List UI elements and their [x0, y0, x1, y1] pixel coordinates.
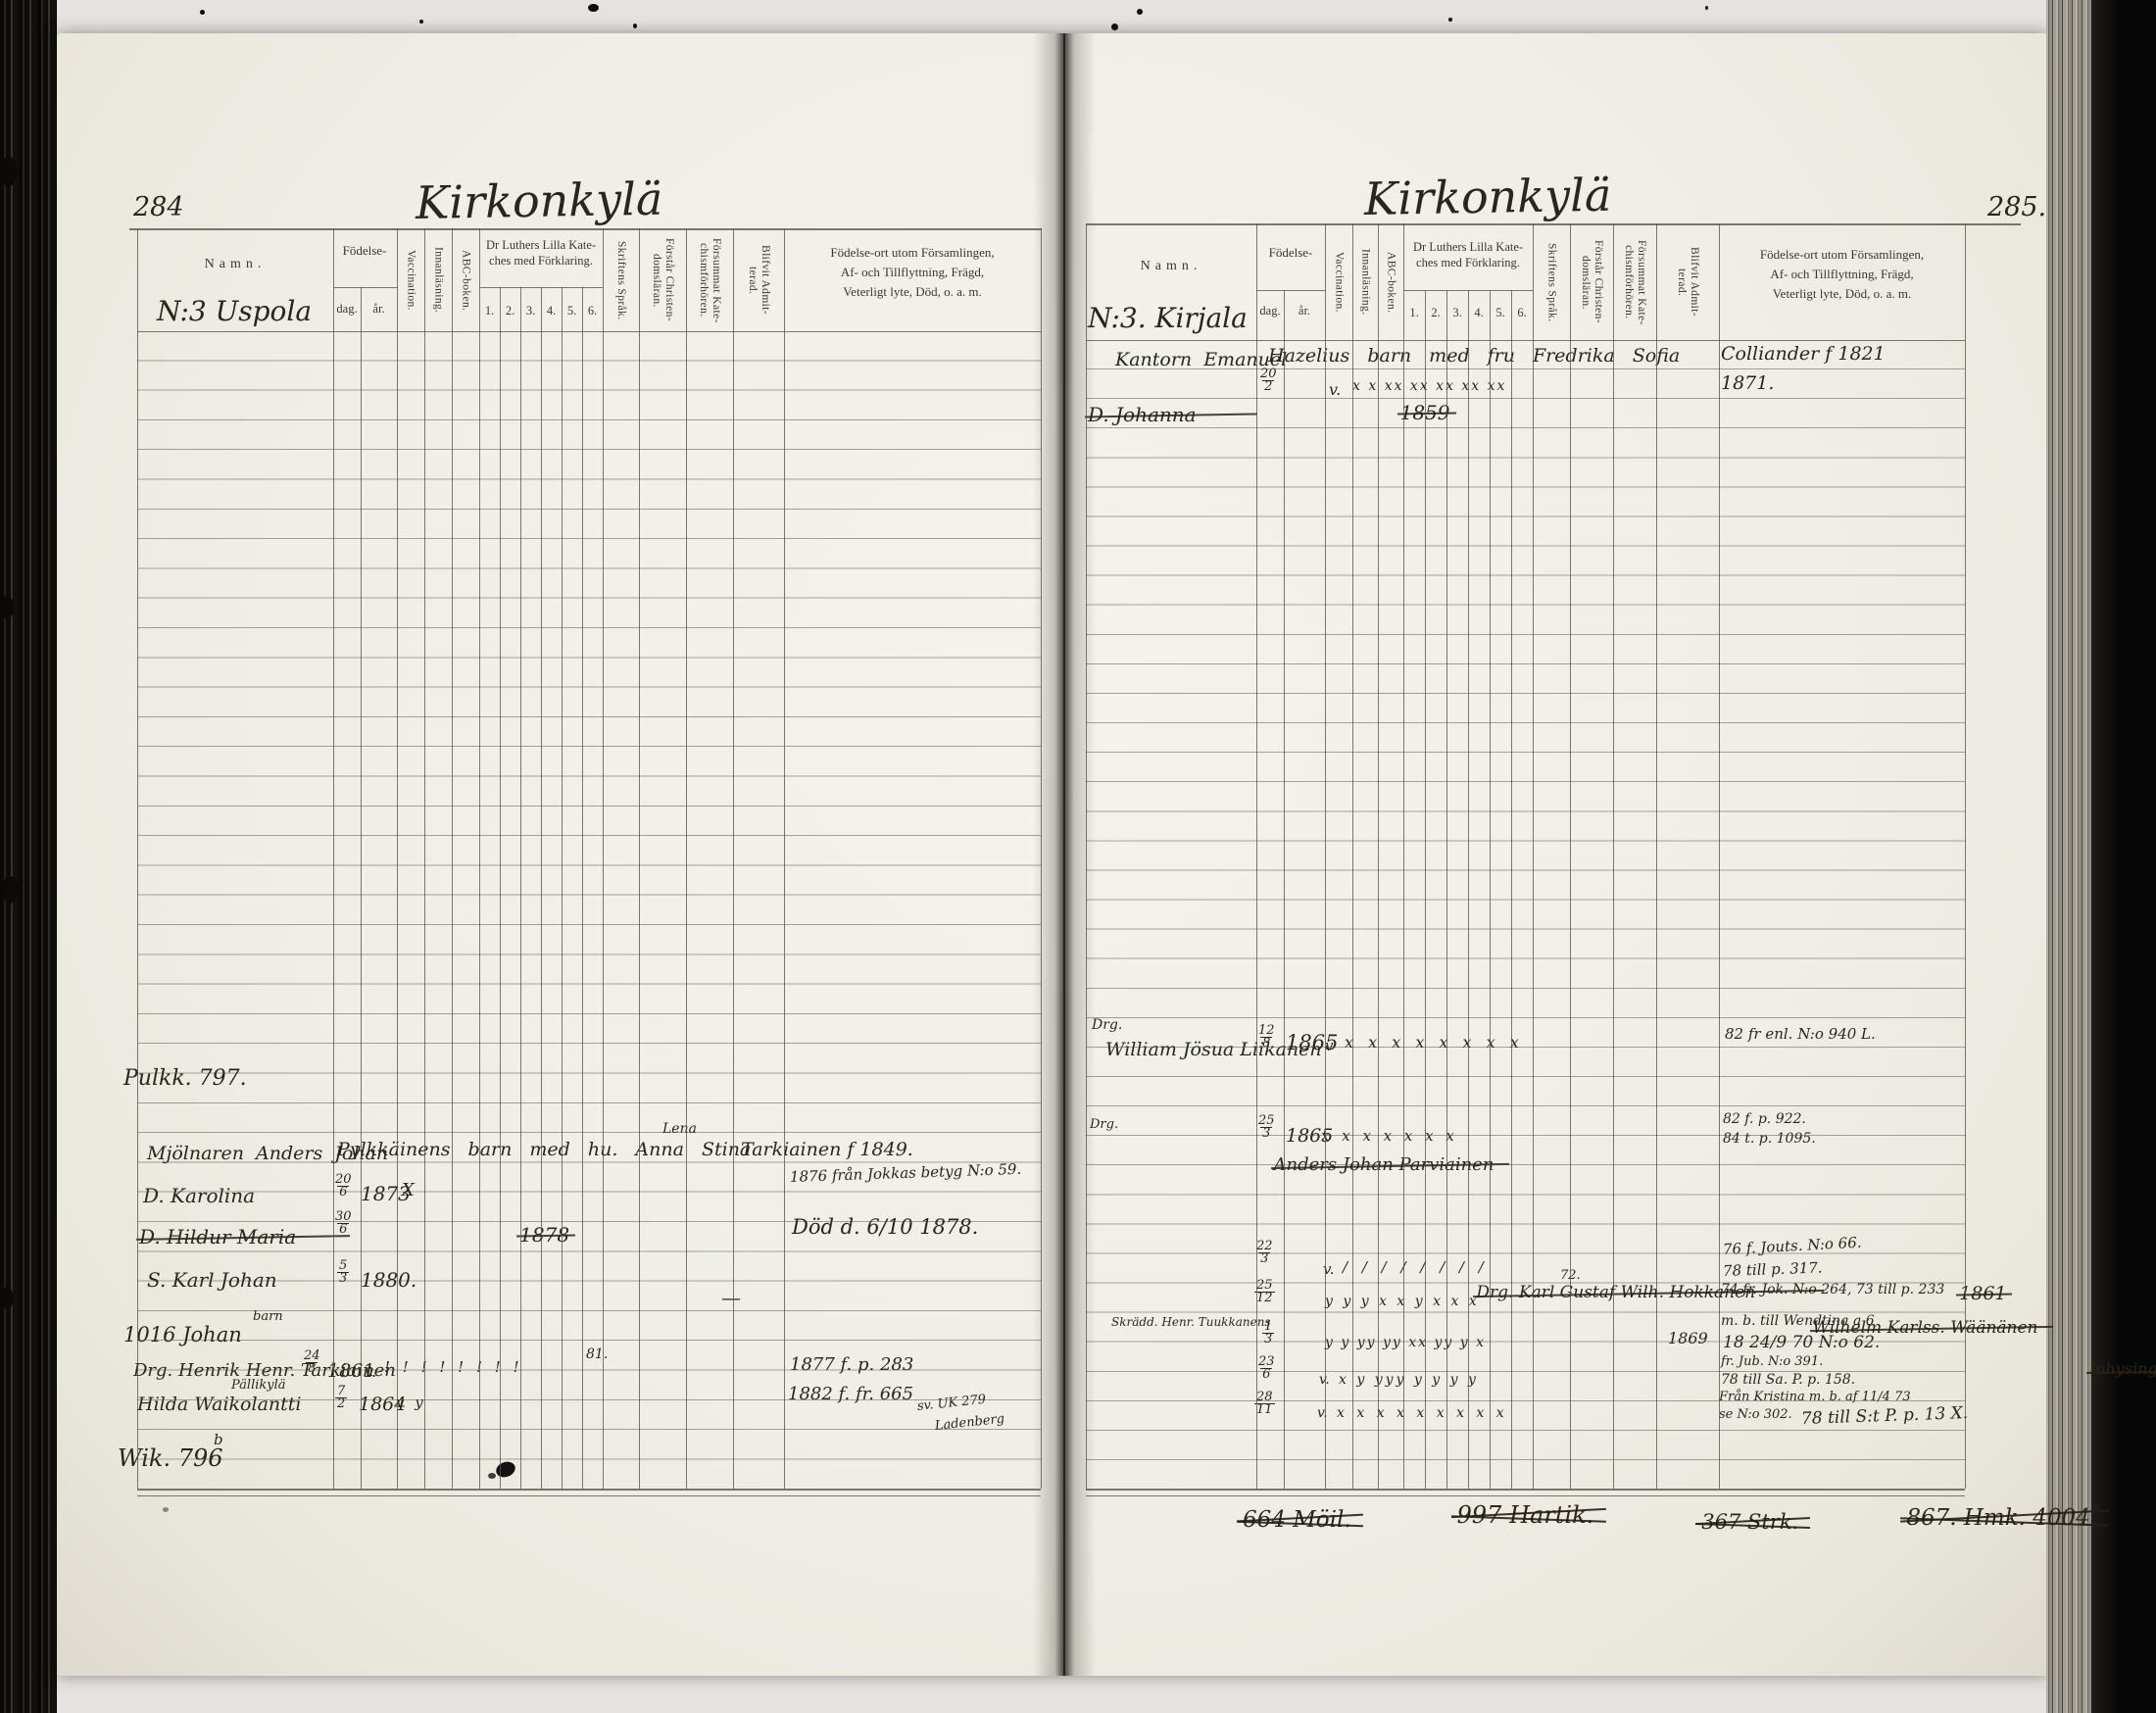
entry-year-crossed: 1861 [1959, 1283, 2006, 1304]
table-rule-line [333, 287, 397, 288]
scan-background-right [2091, 0, 2156, 1713]
scan-blot [2, 876, 18, 904]
col-header-vaccination: Vaccination. [1325, 235, 1352, 329]
table-rule-line [129, 228, 1042, 230]
col-header-abc-boken: ABC-boken. [1378, 235, 1403, 329]
col-header-ar: år. [1284, 304, 1325, 318]
col-header-ar: år. [361, 302, 397, 317]
col-header-k5: 5. [1490, 306, 1511, 320]
col-header-remarks: Födelse-ort utom Församlingen, Af- och T… [784, 243, 1041, 302]
col-header-forstar: Förstår Christen-domsläran. [639, 233, 686, 327]
dust-speck [200, 10, 205, 15]
right-page-title: Kirkonkylä [1364, 169, 1612, 225]
left-page-title: Kirkonkylä [416, 172, 663, 229]
ink-blot [488, 1473, 496, 1479]
section-heading: N:3 Uspola [157, 295, 312, 327]
book-gutter-line [1063, 33, 1065, 1676]
col-header-kateches: Dr Luthers Lilla Kate- ches med Förklari… [1403, 239, 1533, 270]
col-header-k1: 1. [1403, 306, 1425, 320]
col-header-innanlasning: Innanläsning. [1352, 235, 1378, 329]
right-page-number: 285. [1987, 192, 2046, 222]
scan-blot [0, 157, 18, 186]
dust-speck [163, 1507, 169, 1512]
table-rule-line [137, 1489, 1041, 1491]
table-rule-line [1256, 290, 1325, 291]
table-rule-line [137, 1495, 1041, 1496]
totals-crossed: 367 Strk. [1701, 1510, 1798, 1534]
col-header-k1: 1. [479, 304, 500, 318]
dust-speck [588, 4, 599, 12]
col-header-k4: 4. [1468, 306, 1490, 320]
col-header-dag: dag. [1256, 304, 1284, 318]
dust-speck [1705, 6, 1708, 10]
table-rule-line [1086, 1489, 1965, 1491]
left-page: 284 Kirkonkylä Namn. Födelse- dag. år. V… [0, 0, 2156, 24]
table-rule-line [1086, 223, 2021, 225]
scan-blot [0, 1288, 14, 1309]
dust-speck [1137, 9, 1143, 15]
col-header-namn: Namn. [137, 257, 333, 272]
totals-crossed: 664 Möil. [1243, 1507, 1351, 1533]
col-header-k6: 6. [1511, 306, 1533, 320]
dust-speck [419, 20, 423, 24]
col-header-k2: 2. [500, 304, 520, 318]
entry-name-crossed: Inhysing Henrik Johan Mik.ss. Kuokki [2089, 1359, 2156, 1378]
totals-crossed: 997 Hartik. [1457, 1501, 1594, 1529]
col-header-blifvit: Blifvit Admit-terad. [1656, 235, 1719, 329]
col-header-skriftens-sprak: Skriftens Språk. [1533, 235, 1570, 329]
table-rule-line [1965, 223, 1966, 1489]
col-header-kateches: Dr Luthers Lilla Kate- ches med Förklari… [479, 237, 603, 269]
col-header-skriftens-sprak: Skriftens Språk. [603, 233, 639, 327]
col-header-k2: 2. [1425, 306, 1446, 320]
left-page-number: 284 [133, 192, 184, 222]
table-rule-line [1086, 1495, 1965, 1496]
col-header-remarks: Födelse-ort utom Församlingen, Af- och T… [1719, 245, 1965, 304]
col-header-fodelse: Födelse- [331, 243, 398, 259]
section-heading: N:3. Kirjala [1088, 302, 1248, 334]
dust-speck [1111, 24, 1118, 30]
col-header-namn: Namn. [1086, 259, 1256, 274]
col-header-vaccination: Vaccination. [397, 233, 424, 327]
table-rule-line [1041, 228, 1042, 1489]
col-header-k4: 4. [541, 304, 562, 318]
col-header-forsummat: Försummat Kate-chismförhören. [686, 233, 733, 327]
col-header-innanlasning: Innanläsning. [424, 233, 452, 327]
table-rule-line [137, 331, 1041, 1460]
page-edges-right [2046, 0, 2093, 1713]
col-header-blifvit: Blifvit Admit-terad. [733, 233, 784, 327]
col-header-forstar: Förstår Christen-domsläran. [1570, 235, 1613, 329]
scan-blot [0, 596, 14, 619]
col-header-k5: 5. [562, 304, 582, 318]
dust-speck [633, 24, 637, 28]
table-rule-line [1086, 340, 1965, 1460]
col-header-k3: 3. [1446, 306, 1468, 320]
col-header-fodelse: Födelse- [1254, 245, 1327, 261]
totals-crossed: 867. Hmk. 4004. [1906, 1505, 2097, 1531]
col-header-abc-boken: ABC-boken. [452, 233, 479, 327]
col-header-k3: 3. [520, 304, 541, 318]
scanned-parish-register-spread: 284 Kirkonkylä Namn. Födelse- dag. år. V… [0, 0, 2156, 1713]
col-header-dag: dag. [333, 302, 361, 317]
dust-speck [1448, 18, 1452, 22]
col-header-forsummat: Försummat Kate-chismförhören. [1613, 235, 1656, 329]
book-edge-left [0, 0, 57, 1713]
col-header-k6: 6. [582, 304, 603, 318]
